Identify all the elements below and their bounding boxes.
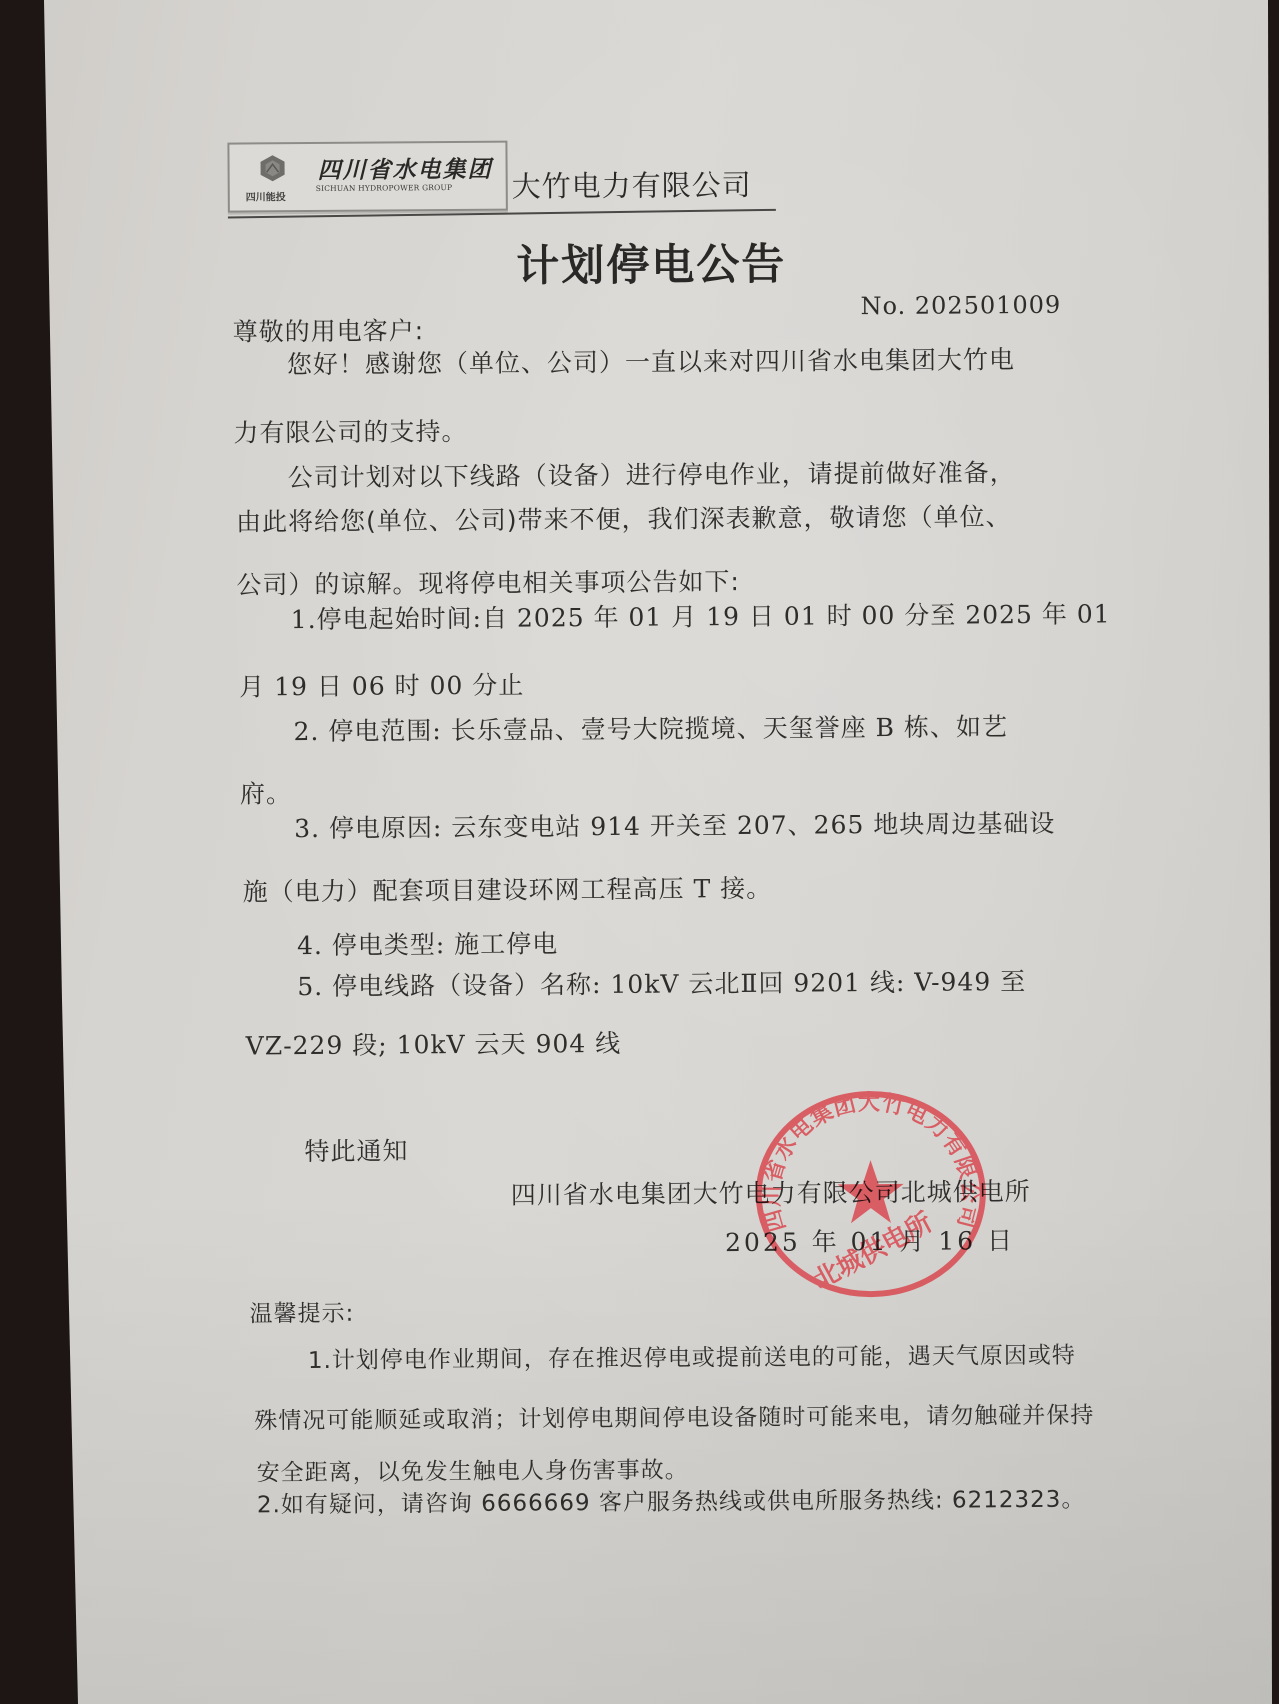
stamp-star-icon (838, 1160, 904, 1223)
document-number: No. 202501009 (860, 291, 1061, 320)
item-5-outage-line-name-line-2: VZ-229 段; 10kV 云天 904 线 (246, 1024, 622, 1063)
photo-stage: 四川能投 四川省水电集团 SICHUAN HYDROPOWER GROUP 大竹… (0, 0, 1279, 1704)
closing-statement: 特此通知 (304, 1131, 408, 1168)
item-2-outage-area-line-1: 2. 停电范围: 长乐壹品、壹号大院揽境、天玺誉座 B 栋、如艺 (293, 707, 1008, 748)
item-4-outage-type: 4. 停电类型: 施工停电 (297, 924, 558, 962)
logo-group-name-cn: 四川省水电集团 (317, 151, 492, 185)
item-1-outage-time-line-2: 月 19 日 06 时 00 分止 (239, 666, 524, 704)
intro-paragraph-1-line-2: 力有限公司的支持。 (233, 412, 467, 450)
official-red-stamp: 四川省水电集团大竹电力有限公司 北城供电所 (750, 1087, 991, 1301)
sichuan-energy-hexagon-icon (259, 154, 285, 182)
intro-paragraph-2-line-3: 公司）的谅解。现将停电相关事项公告如下: (236, 562, 740, 602)
company-name: 大竹电力有限公司 (512, 163, 752, 206)
item-5-outage-line-name-line-1: 5. 停电线路（设备）名称: 10kV 云北Ⅱ回 9201 线: V-949 至 (297, 962, 1026, 1003)
document-title: 计划停电公告 (516, 231, 786, 294)
tips-heading: 温馨提示: (249, 1295, 354, 1329)
outage-notice-document: 四川能投 四川省水电集团 SICHUAN HYDROPOWER GROUP 大竹… (0, 0, 1279, 1704)
tip-1-line-1: 1.计划停电作业期间，存在推迟停电或提前送电的可能，遇天气原因或特 (308, 1337, 1076, 1375)
logo-badge-text: 四川能投 (246, 188, 286, 203)
intro-paragraph-2-line-2: 由此将给您(单位、公司)带来不便，我们深表歉意，敬请您（单位、 (236, 497, 1012, 538)
item-3-outage-reason-line-2: 施（电力）配套项目建设环网工程高压 T 接。 (242, 869, 772, 909)
salutation: 尊敬的用电客户: (233, 311, 425, 348)
tip-2-hotlines: 2.如有疑问，请咨询 6666669 客户服务热线或供电所服务热线: 62123… (257, 1481, 1086, 1520)
item-3-outage-reason-line-1: 3. 停电原因: 云东变电站 914 开关至 207、265 地块周边基础设 (294, 804, 1055, 845)
intro-paragraph-1-line-1: 您好！感谢您（单位、公司）一直以来对四川省水电集团大竹电 (287, 340, 1015, 381)
intro-paragraph-2-line-1: 公司计划对以下线路（设备）进行停电作业，请提前做好准备， (288, 453, 1016, 494)
item-2-outage-area-line-2: 府。 (240, 774, 292, 810)
tip-1-line-3: 安全距离，以免发生触电人身伤害事故。 (257, 1451, 689, 1487)
item-1-outage-time-line-1: 1.停电起始时间:自 2025 年 01 月 19 日 01 时 00 分至 2… (291, 594, 1111, 636)
tip-1-line-2: 殊情况可能顺延或取消；计划停电期间停电设备随时可能来电，请勿触碰并保持 (254, 1397, 1094, 1436)
logo-group-name-en: SICHUAN HYDROPOWER GROUP (316, 183, 453, 193)
letterhead-logo: 四川能投 四川省水电集团 SICHUAN HYDROPOWER GROUP (227, 141, 507, 213)
